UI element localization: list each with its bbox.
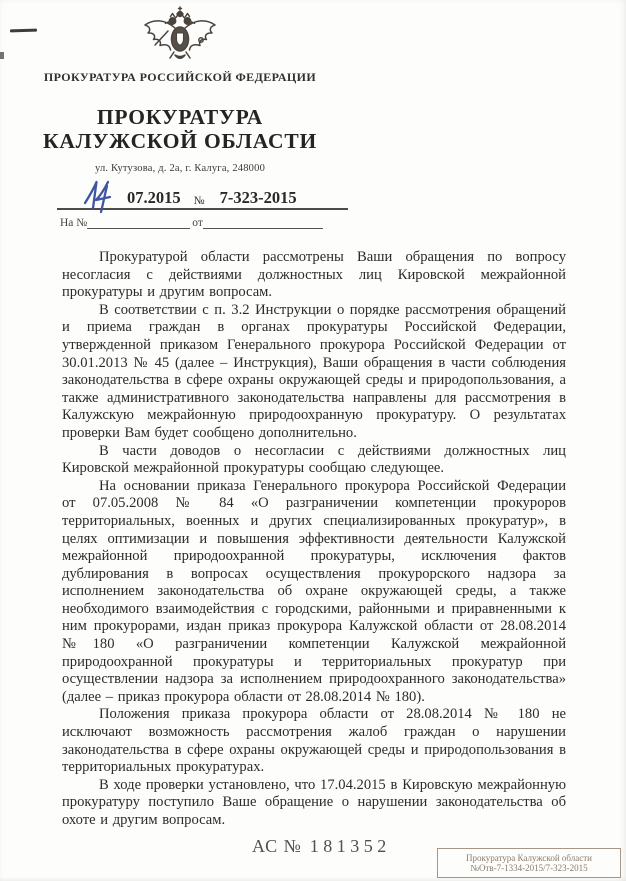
number-sign: № [194,195,205,208]
letterhead-blank-series: АС №181352 [252,836,391,857]
incoming-date-blank [203,217,323,229]
blank-series-number: 181352 [310,836,391,856]
outgoing-number: 7-323-2015 [220,188,297,208]
scan-edge-artifact [0,52,4,59]
letter-body: Прокуратурой области рассмотрены Ваши об… [62,249,566,830]
org-address: ул. Кутузова, д. 2а, г. Калуга, 248000 [36,163,324,174]
stamp-org-line: Прокуратура Калужской области [466,853,592,863]
org-name-line1: ПРОКУРАТУРА [36,105,324,129]
incoming-reference-row: На № от [60,217,323,229]
registration-stamp: Прокуратура Калужской области №Отв-7-133… [437,848,621,878]
scan-corner-dash [10,29,37,33]
blank-series-prefix: АС № [252,836,302,856]
outgoing-date-row: 07.2015 № 7-323-2015 [57,181,348,210]
scanned-letter-page: ПРОКУРАТУРА РОССИЙСКОЙ ФЕДЕРАЦИИ ПРОКУРА… [0,0,626,881]
incoming-from-label: от [192,217,203,229]
body-paragraph: В ходе проверки установлено, что 17.04.2… [62,777,566,830]
letterhead: ПРОКУРАТУРА РОССИЙСКОЙ ФЕДЕРАЦИИ ПРОКУРА… [36,6,324,174]
org-name-line2: КАЛУЖСКОЙ ОБЛАСТИ [36,129,324,153]
body-paragraph: Положения приказа прокурора области от 2… [62,706,566,776]
body-paragraph: Прокуратурой области рассмотрены Ваши об… [62,249,566,302]
incoming-number-label: На № [60,217,87,229]
incoming-number-blank [87,217,190,229]
stamp-number-line: №Отв-7-1334-2015/7-323-2015 [470,863,587,873]
handwritten-day-mark [81,179,115,215]
outgoing-month-year: 07.2015 [127,188,181,208]
russia-coat-of-arms-icon [141,6,219,64]
body-paragraph: В соответствии с п. 3.2 Инструкции о пор… [62,302,566,443]
body-paragraph: На основании приказа Генерального прокур… [62,478,566,707]
federal-agency-line: ПРОКУРАТУРА РОССИЙСКОЙ ФЕДЕРАЦИИ [36,70,324,85]
body-paragraph: В части доводов о несогласии с действиям… [62,443,566,478]
